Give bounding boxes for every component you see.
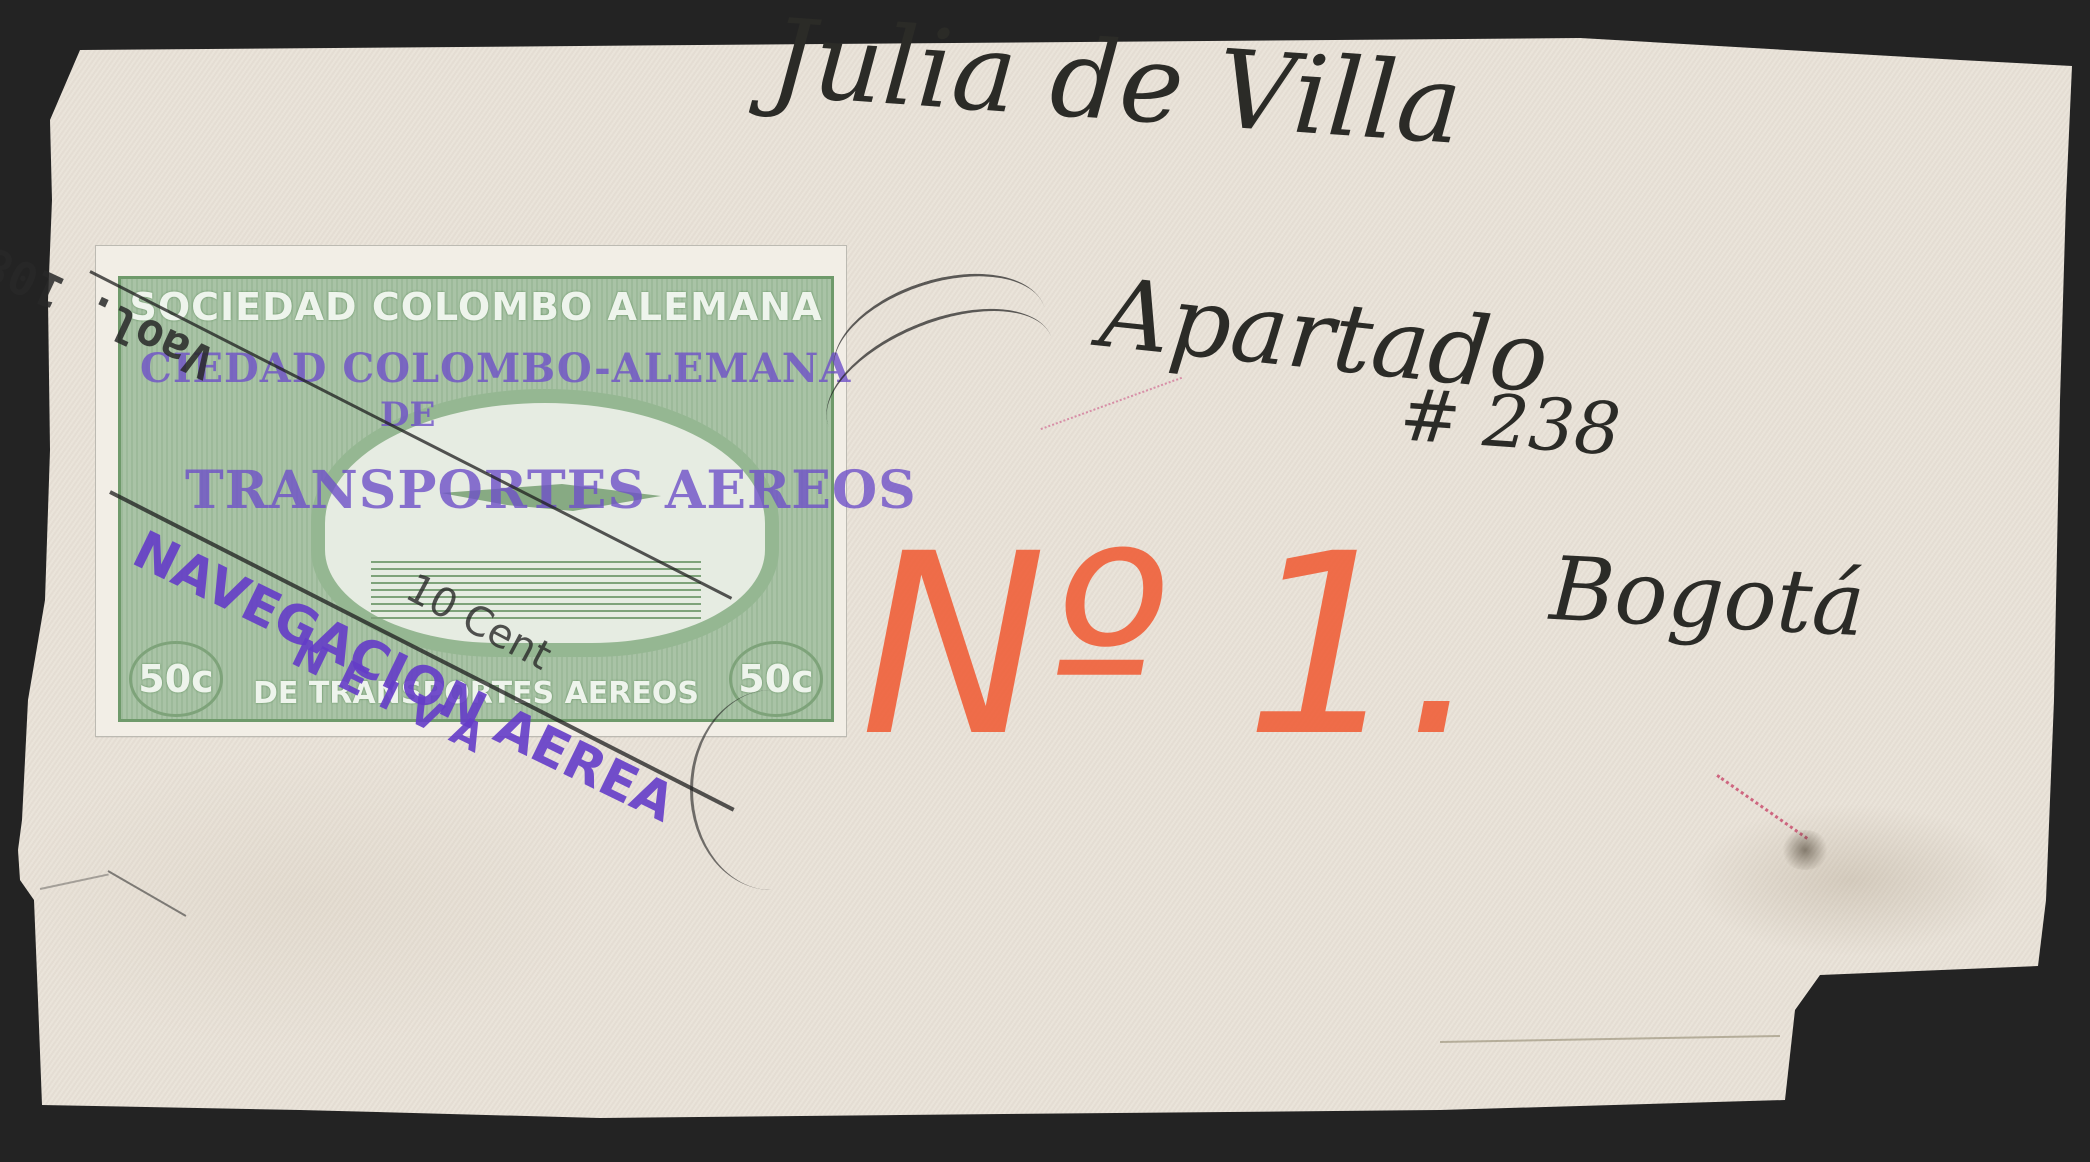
overprint-line-3: TRANSPORTES AEREOS bbox=[185, 460, 917, 521]
address-city: Bogotá bbox=[1548, 537, 1868, 656]
red-crayon-annotation: Nº 1. bbox=[860, 500, 1483, 791]
postmark-arc bbox=[690, 690, 853, 890]
overprint-line-2: DE bbox=[380, 395, 435, 435]
address-number: # 238 bbox=[1397, 372, 1623, 471]
stamp-top-inscription: SOCIEDAD COLOMBO ALEMANA bbox=[121, 285, 831, 329]
stamp-value-left: 50c bbox=[129, 641, 223, 717]
ink-stain bbox=[1780, 830, 1830, 870]
